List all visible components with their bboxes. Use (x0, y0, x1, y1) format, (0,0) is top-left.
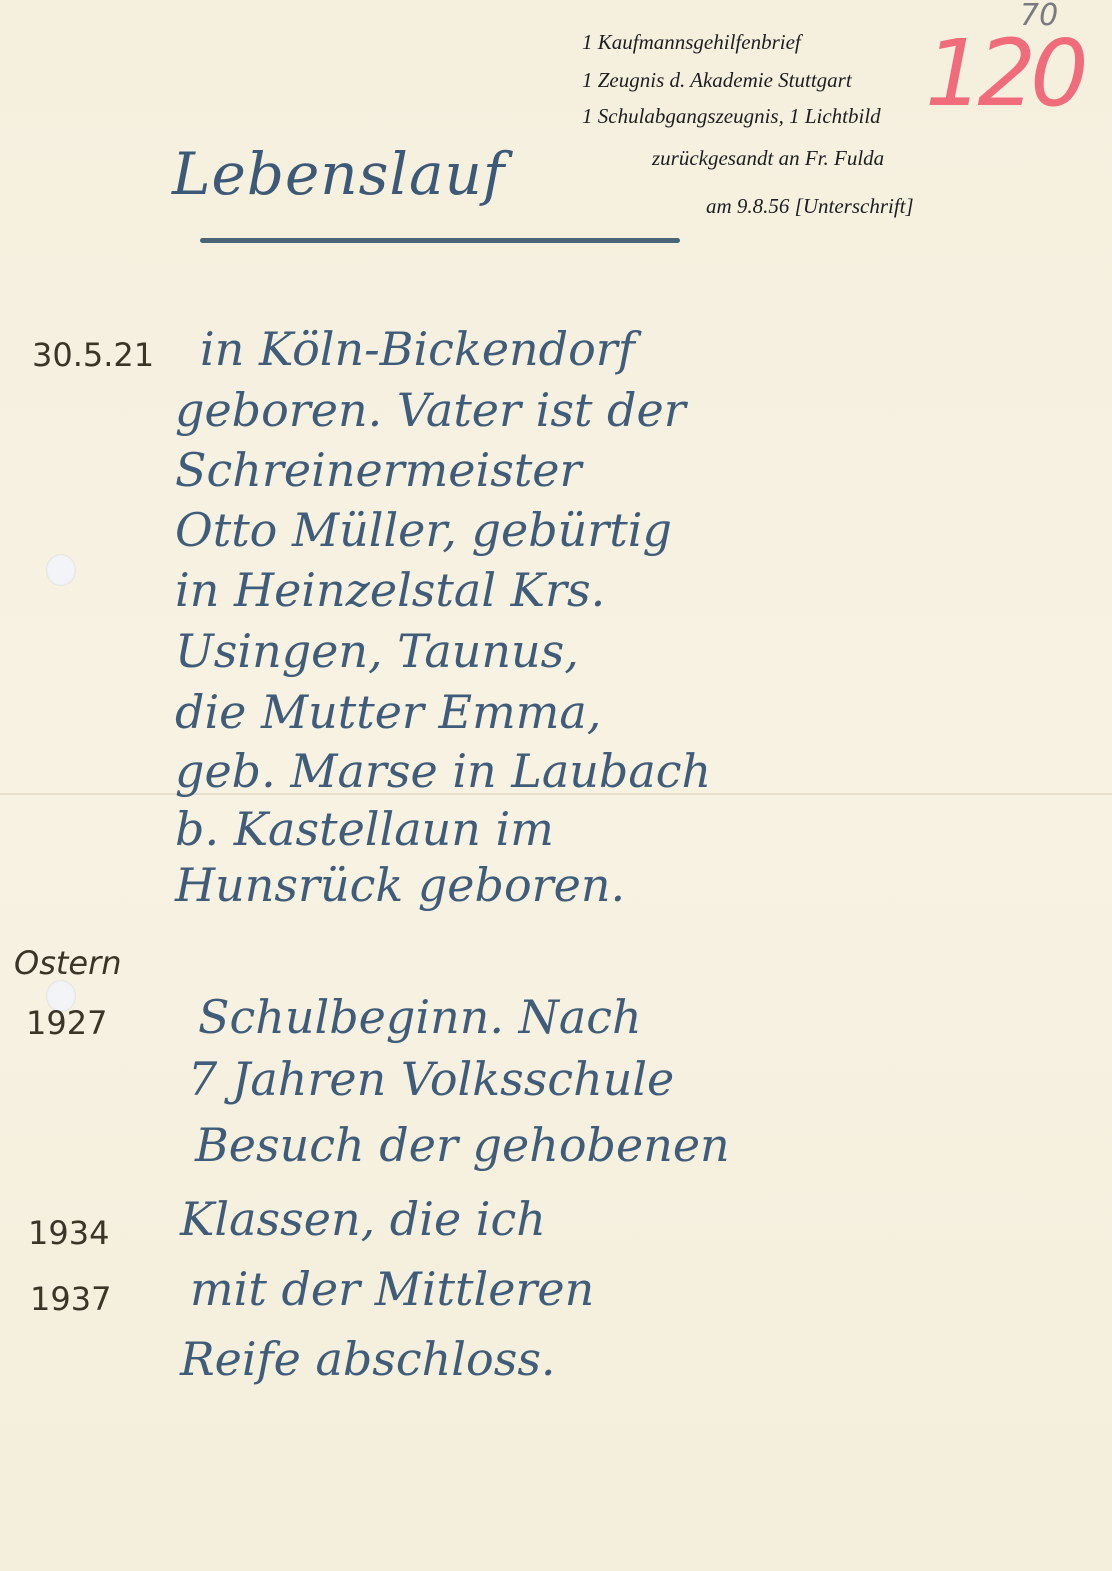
red-page-number: 120 (925, 20, 1083, 127)
archive-note-line: 1 Zeugnis d. Akademie Stuttgart (582, 68, 852, 93)
archive-note-line: 1 Schulabgangszeugnis, 1 Lichtbild (582, 104, 881, 129)
entry-line: in Köln-Bickendorf (200, 322, 635, 376)
entry-line: mit der Mittleren (190, 1262, 594, 1316)
entry-line: Hunsrück geboren. (175, 858, 625, 912)
entry-line: die Mutter Emma, (175, 685, 601, 739)
entry-date: 1927 (26, 1004, 107, 1042)
archive-note-line: 1 Kaufmannsgehilfenbrief (582, 30, 801, 55)
entry-line: Schulbeginn. Nach (198, 990, 642, 1044)
entry-date: 1937 (30, 1280, 111, 1318)
entry-line: Reife abschloss. (180, 1332, 556, 1386)
entry-line: geb. Marse in Laubach (175, 744, 711, 798)
entry-line: 7 Jahren Volksschule (188, 1052, 674, 1106)
entry-line: Otto Müller, gebürtig (175, 503, 672, 557)
entry-line: geboren. Vater ist der (175, 383, 686, 437)
entry-line: Besuch der gehobenen (195, 1118, 730, 1172)
entry-date-label: Ostern (14, 944, 122, 982)
entry-line: Schreinermeister (175, 443, 582, 497)
entry-line: Usingen, Taunus, (175, 624, 579, 678)
entry-date: 30.5.21 (32, 336, 154, 374)
entry-line: in Heinzelstal Krs. (175, 563, 605, 617)
document-page: 70 120 1 Kaufmannsgehilfenbrief 1 Zeugni… (0, 0, 1112, 1571)
entry-line: Klassen, die ich (180, 1192, 546, 1246)
archive-note-line: zurückgesandt an Fr. Fulda (652, 146, 884, 171)
archive-note-line: am 9.8.56 [Unterschrift] (706, 194, 914, 219)
title-underline (200, 238, 680, 243)
punch-hole-icon (46, 554, 76, 586)
page-title: Lebenslauf (172, 140, 505, 208)
entry-line: b. Kastellaun im (175, 802, 554, 856)
entry-date: 1934 (28, 1214, 109, 1252)
